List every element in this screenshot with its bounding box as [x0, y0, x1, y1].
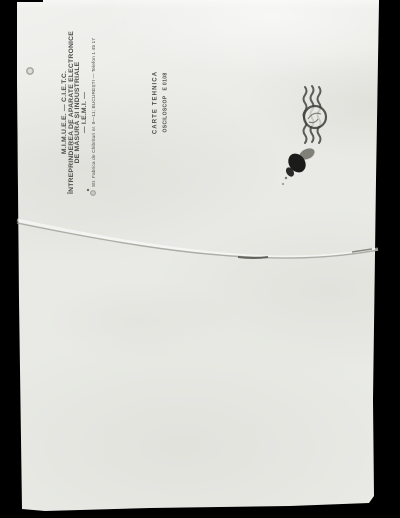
punch-hole [27, 68, 33, 74]
scanner-background: M.I.M.U.E.E. — C.I.E.T.C. ÎNTREPRINDEREA… [0, 0, 400, 518]
fold-crease [0, 0, 400, 518]
scan-edge-artifact [17, 0, 43, 2]
